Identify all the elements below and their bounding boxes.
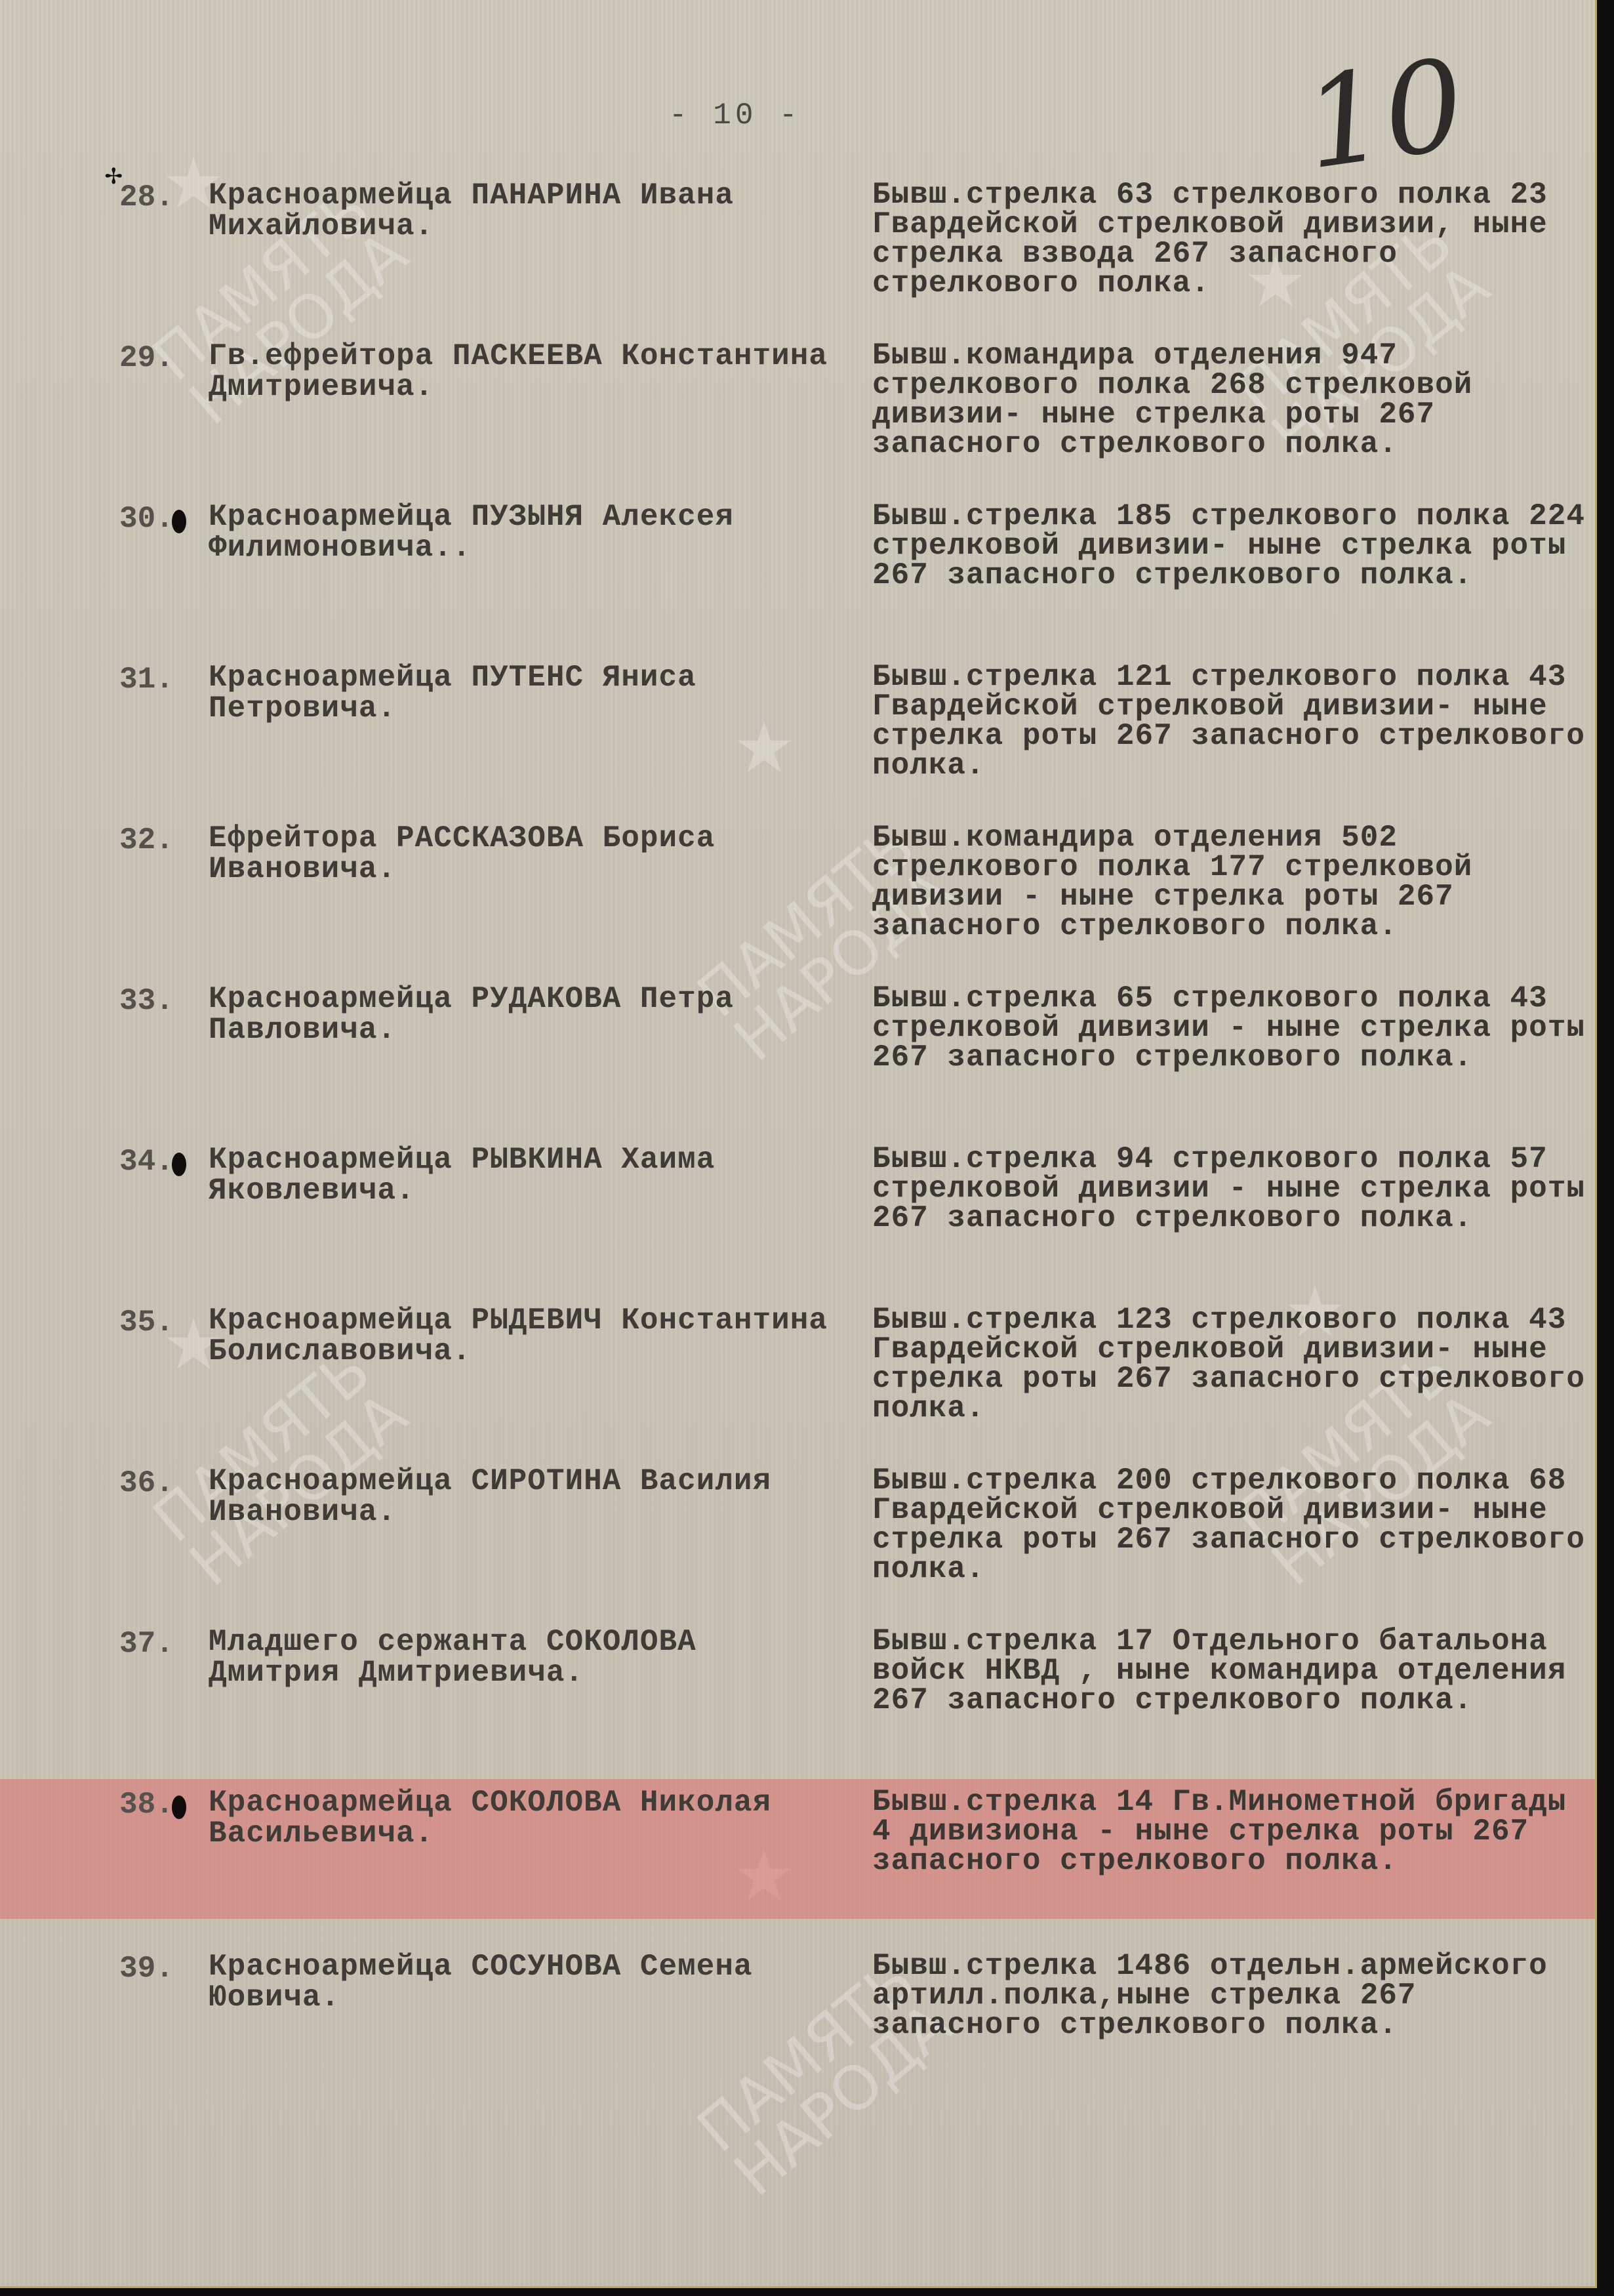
document-page: ★ ПАМЯТЬ НАРОДА ★ ПАМЯТЬ НАРОДА ★ ПАМЯТЬ… xyxy=(0,0,1597,2288)
soldier-name: Красноармейца ПУЗЫНЯ Алексея Филимонович… xyxy=(209,502,838,564)
entry-number: 31. xyxy=(119,663,174,697)
soldier-name: Красноармейца РЫДЕВИЧ Константина Болисл… xyxy=(209,1305,838,1367)
entry-number: 38. xyxy=(119,1788,174,1822)
entry-number: 29. xyxy=(119,341,174,375)
entry-number: 33. xyxy=(119,984,174,1018)
soldier-name: Красноармейца СОСУНОВА Семена Юовича. xyxy=(209,1952,838,2013)
service-record: Бывш.стрелка 1486 отдельн.армейского арт… xyxy=(872,1952,1600,2040)
service-record: Бывш.стрелка 17 Отдельного батальона вой… xyxy=(872,1627,1600,1715)
service-record: Бывш.стрелка 94 стрелкового полка 57 стр… xyxy=(872,1145,1600,1233)
soldier-name: Красноармейца РУДАКОВА Петра Павловича. xyxy=(209,984,838,1046)
entry-number: 37. xyxy=(119,1627,174,1661)
soldier-name: Младшего сержанта СОКОЛОВА Дмитрия Дмитр… xyxy=(209,1627,838,1689)
soldier-name: Гв.ефрейтора ПАСКЕЕВА Константина Дмитри… xyxy=(209,341,838,403)
soldier-name: Красноармейца ПАНАРИНА Ивана Михайловича… xyxy=(209,180,838,242)
soldier-name: Красноармейца СОКОЛОВА Николая Васильеви… xyxy=(209,1788,838,1849)
entry-number: 36. xyxy=(119,1466,174,1500)
punch-hole-icon xyxy=(172,1795,186,1819)
soldier-name: Ефрейтора РАССКАЗОВА Бориса Ивановича. xyxy=(209,823,838,885)
soldier-name: Красноармейца ПУТЕНС Яниса Петровича. xyxy=(209,663,838,724)
soldier-name: Красноармейца СИРОТИНА Василия Ивановича… xyxy=(209,1466,838,1528)
service-record: Бывш.стрелка 123 стрелкового полка 43 Гв… xyxy=(872,1305,1600,1424)
entry-number: 30. xyxy=(119,502,174,536)
entry-number: 39. xyxy=(119,1952,174,1986)
handwritten-page-mark: 10 xyxy=(1297,42,1472,188)
entry-number: 34. xyxy=(119,1145,174,1179)
page-number: - 10 - xyxy=(669,98,801,133)
service-record: Бывш.командира отделения 502 стрелкового… xyxy=(872,823,1600,941)
entry-number: 32. xyxy=(119,823,174,857)
punch-hole-icon xyxy=(172,510,186,533)
soldier-name: Красноармейца РЫВКИНА Хаима Яковлевича. xyxy=(209,1145,838,1206)
punch-hole-icon xyxy=(172,1153,186,1176)
service-record: Бывш.командира отделения 947 стрелкового… xyxy=(872,341,1600,459)
service-record: Бывш.стрелка 65 стрелкового полка 43 стр… xyxy=(872,984,1600,1073)
service-record: Бывш.стрелка 185 стрелкового полка 224 с… xyxy=(872,502,1600,590)
service-record: Бывш.стрелка 14 Гв.Минометной бригады 4 … xyxy=(872,1788,1600,1876)
service-record: Бывш.стрелка 63 стрелкового полка 23 Гва… xyxy=(872,180,1600,298)
service-record: Бывш.стрелка 200 стрелкового полка 68 Гв… xyxy=(872,1466,1600,1584)
entry-number: 35. xyxy=(119,1305,174,1340)
service-record: Бывш.стрелка 121 стрелкового полка 43 Гв… xyxy=(872,663,1600,781)
entry-number: 28. xyxy=(119,180,174,215)
